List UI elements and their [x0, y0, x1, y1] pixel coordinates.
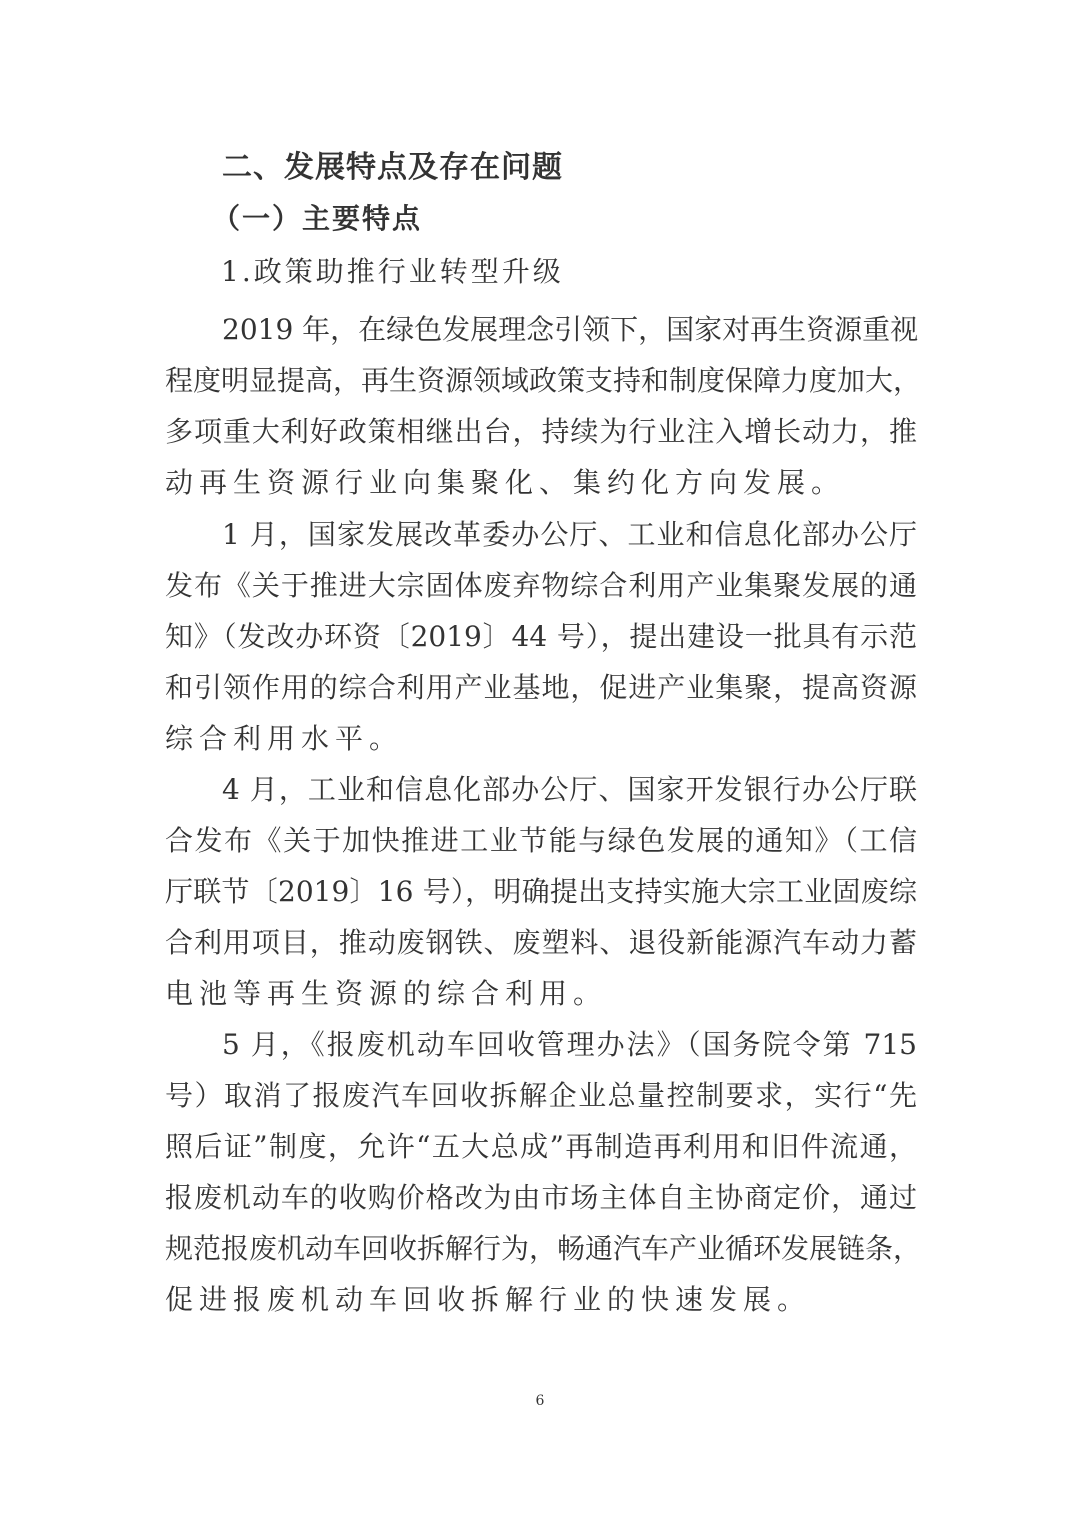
page-number: 6 [0, 1393, 1080, 1409]
section-title: 二、发展特点及存在问题 [222, 142, 563, 186]
paragraph-line: 知》（发改办环资〔2019〕44 号），提出建设一批具有示范 [165, 620, 917, 654]
paragraph-line: 程度明显提高，再生资源领域政策支持和制度保障力度加大， [165, 364, 917, 398]
paragraph-line: 动再生资源行业向集聚化、集约化方向发展。 [165, 466, 917, 500]
paragraph-line: 报废机动车的收购价格改为由市场主体自主协商定价，通过 [165, 1181, 917, 1215]
paragraph-line: 合利用项目，推动废钢铁、废塑料、退役新能源汽车动力蓄 [165, 926, 917, 960]
document-page: 二、发展特点及存在问题 （一）主要特点 1.政策助推行业转型升级 2019 年，… [0, 0, 1080, 1527]
paragraph-line: 发布《关于推进大宗固体废弃物综合利用产业集聚发展的通 [165, 569, 917, 603]
paragraph-line: 综合利用水平。 [165, 722, 917, 756]
paragraph-line: 4 月，工业和信息化部办公厅、国家开发银行办公厅联 [222, 773, 917, 807]
item-title: 1.政策助推行业转型升级 [221, 250, 564, 290]
paragraph-line: 规范报废机动车回收拆解行为，畅通汽车产业循环发展链条， [165, 1232, 917, 1266]
paragraph-line: 合发布《关于加快推进工业节能与绿色发展的通知》（工信 [165, 824, 917, 858]
paragraph-line: 2019 年，在绿色发展理念引领下，国家对再生资源重视 [222, 313, 917, 347]
paragraph-line: 多项重大利好政策相继出台，持续为行业注入增长动力，推 [165, 415, 917, 449]
paragraph-line: 1 月，国家发展改革委办公厅、工业和信息化部办公厅 [222, 518, 917, 552]
paragraph-line: 厅联节〔2019〕16 号），明确提出支持实施大宗工业固废综 [165, 875, 917, 909]
paragraph-line: 号）取消了报废汽车回收拆解企业总量控制要求，实行“先 [165, 1079, 917, 1113]
paragraph-line: 5 月，《报废机动车回收管理办法》（国务院令第 715 [222, 1028, 917, 1062]
paragraph-line: 电池等再生资源的综合利用。 [165, 977, 917, 1011]
paragraph-line: 促进报废机动车回收拆解行业的快速发展。 [165, 1283, 917, 1317]
paragraph-line: 和引领作用的综合利用产业基地，促进产业集聚，提高资源 [165, 671, 917, 705]
paragraph-line: 照后证”制度，允许“五大总成”再制造再利用和旧件流通， [165, 1130, 917, 1164]
subsection-title: （一）主要特点 [212, 197, 422, 237]
